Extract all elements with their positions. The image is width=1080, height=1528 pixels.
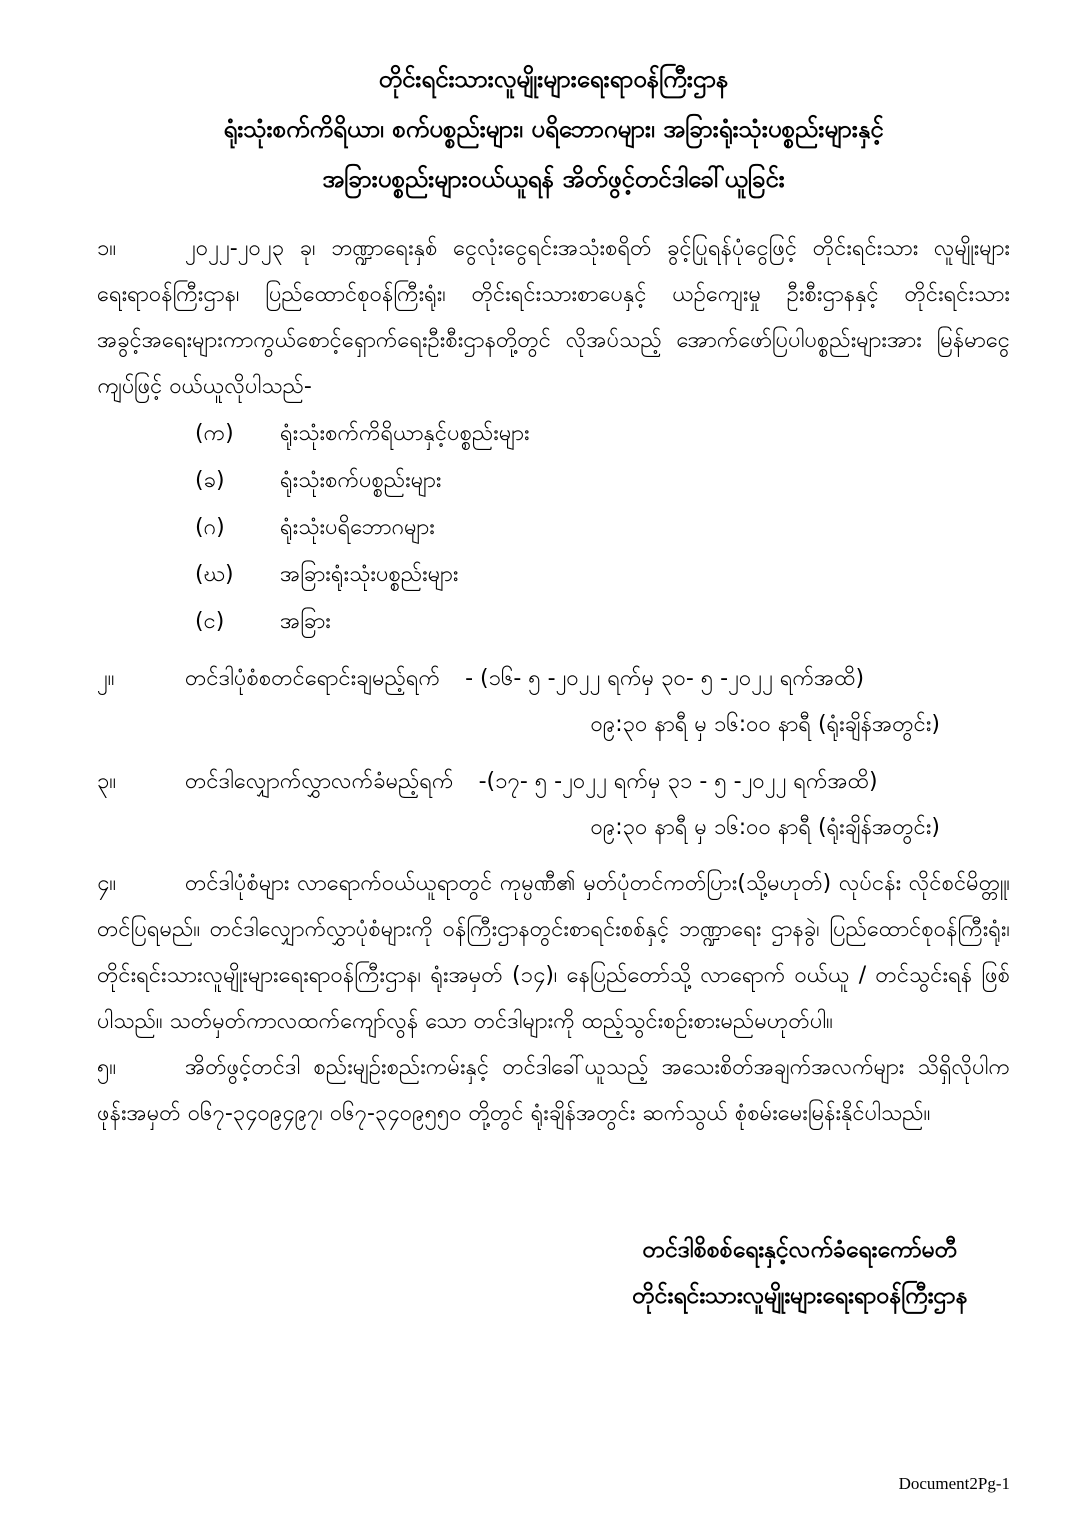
title-line-3: အခြားပစ္စည်းများဝယ်ယူရန် အိတ်ဖွင့်တင်ဒါခ…: [97, 154, 1010, 204]
paragraph-4-text: တင်ဒါပုံစံများ လာရောက်ဝယ်ယူရာတွင် ကုမ္ပဏ…: [97, 871, 1010, 1034]
list-item-text: ရုံးသုံးစက်ပစ္စည်းများ: [280, 457, 441, 504]
title-line-2: ရုံးသုံးစက်ကိရိယာ၊ စက်ပစ္စည်းများ၊ ပရိဘေ…: [97, 104, 1010, 154]
list-item: (င) အခြား: [195, 598, 1010, 645]
paragraph-1-text: ၂၀၂၂-၂၀၂၃ ခု၊ ဘဏ္ဍာရေးနှစ် ငွေလုံးငွေရင်…: [97, 236, 1010, 399]
tender-sale-hours-value: ၀၉:၃၀ နာရီ မှ ၁၆:၀၀ နာရီ (ရုံးချိန်အတွင်…: [97, 702, 1010, 748]
list-item-text: ရုံးသုံးစက်ကိရိယာနှင့်ပစ္စည်းများ: [280, 410, 530, 457]
paragraph-4-number: ၄။: [97, 861, 185, 907]
document-content: တိုင်းရင်းသားလူမျိုးများရေးရာဝန်ကြီးဌာန …: [0, 0, 1080, 1319]
paragraph-1: ၁။၂၀၂၂-၂၀၂၃ ခု၊ ဘဏ္ဍာရေးနှစ် ငွေလုံးငွေရ…: [97, 226, 1010, 410]
tender-sale-dates-line: ၂။ တင်ဒါပုံစံစတင်ရောင်းချမည့်ရက် - (၁၆- …: [97, 656, 1010, 702]
tender-sale-dates-label: တင်ဒါပုံစံစတင်ရောင်းချမည့်ရက်: [185, 656, 440, 702]
tender-sale-dates-value: - (၁၆- ၅ -၂၀၂၂ ရက်မှ ၃၀- ၅ -၂၀၂၂ ရက်အထိ): [465, 656, 864, 702]
list-item: (ခ) ရုံးသုံးစက်ပစ္စည်းများ: [195, 457, 1010, 504]
list-item-label: (ခ): [195, 457, 280, 504]
list-item-text: ရုံးသုံးပရိဘောဂများ: [280, 504, 435, 551]
page-footer-label: Document2Pg-1: [899, 1474, 1010, 1494]
list-item-label: (င): [195, 598, 280, 645]
document-title: တိုင်းရင်းသားလူမျိုးများရေးရာဝန်ကြီးဌာန …: [97, 54, 1010, 204]
list-item-text: အခြား: [280, 598, 331, 645]
list-item-label: (ဂ): [195, 504, 280, 551]
paragraph-5: ၅။အိတ်ဖွင့်တင်ဒါ စည်းမျဉ်းစည်းကမ်းနှင့် …: [97, 1045, 1010, 1137]
paragraph-5-text: အိတ်ဖွင့်တင်ဒါ စည်းမျဉ်းစည်းကမ်းနှင့် တင…: [97, 1055, 1010, 1126]
list-item: (ဂ) ရုံးသုံးပရိဘောဂများ: [195, 504, 1010, 551]
signature-block: တင်ဒါစိစစ်ရေးနှင့်လက်ခံရေးကော်မတီ တိုင်း…: [590, 1227, 1010, 1319]
paragraph-4: ၄။တင်ဒါပုံစံများ လာရောက်ဝယ်ယူရာတွင် ကုမ္…: [97, 861, 1010, 1045]
list-item-label: (က): [195, 410, 280, 457]
list-item-text: အခြားရုံးသုံးပစ္စည်းများ: [280, 551, 458, 598]
tender-submission-hours-value: ၀၉:၃၀ နာရီ မှ ၁၆:၀၀ နာရီ (ရုံးချိန်အတွင်…: [97, 805, 1010, 851]
list-item: (ဃ) အခြားရုံးသုံးပစ္စည်းများ: [195, 551, 1010, 598]
tender-submission-dates-value: -(၁၇- ၅ -၂၀၂၂ ရက်မှ ၃၁ - ၅ -၂၀၂၂ ရက်အထိ): [479, 759, 878, 805]
tender-submission-dates-line: ၃။ တင်ဒါလျှောက်လွှာလက်ခံမည့်ရက် -(၁၇- ၅ …: [97, 759, 1010, 805]
item-category-list: (က) ရုံးသုံးစက်ကိရိယာနှင့်ပစ္စည်းများ (ခ…: [195, 410, 1010, 645]
signature-ministry-line: တိုင်းရင်းသားလူမျိုးများရေးရာဝန်ကြီးဌာန: [590, 1273, 1010, 1319]
list-item-label: (ဃ): [195, 551, 280, 598]
paragraph-5-number: ၅။: [97, 1045, 185, 1091]
tender-sale-dates-section: ၂။ တင်ဒါပုံစံစတင်ရောင်းချမည့်ရက် - (၁၆- …: [97, 656, 1010, 748]
document-page: တိုင်းရင်းသားလူမျိုးများရေးရာဝန်ကြီးဌာန …: [0, 0, 1080, 1528]
paragraph-2-number: ၂။: [97, 656, 185, 702]
signature-committee-line: တင်ဒါစိစစ်ရေးနှင့်လက်ခံရေးကော်မတီ: [590, 1227, 1010, 1273]
tender-submission-dates-label: တင်ဒါလျှောက်လွှာလက်ခံမည့်ရက်: [185, 759, 454, 805]
paragraph-3-number: ၃။: [97, 759, 185, 805]
tender-submission-dates-section: ၃။ တင်ဒါလျှောက်လွှာလက်ခံမည့်ရက် -(၁၇- ၅ …: [97, 759, 1010, 851]
title-line-1: တိုင်းရင်းသားလူမျိုးများရေးရာဝန်ကြီးဌာန: [97, 54, 1010, 104]
paragraph-1-number: ၁။: [97, 226, 185, 272]
list-item: (က) ရုံးသုံးစက်ကိရိယာနှင့်ပစ္စည်းများ: [195, 410, 1010, 457]
